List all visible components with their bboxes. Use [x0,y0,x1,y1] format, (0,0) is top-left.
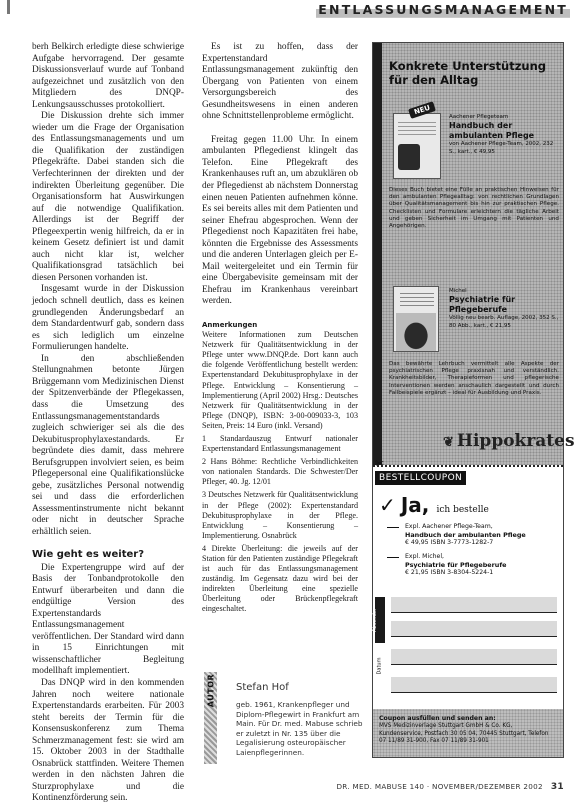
note-item: 4 Direkte Überleitung: die jeweils auf d… [202,544,358,615]
book-cover-image [393,113,441,179]
order-item-quantity-label: Expl. Aachener Pflege-Team, [391,523,561,531]
book-info: Michel Psychiatrie für Pflegeberufe Völl… [449,287,559,330]
sender-label-text: Absender [372,608,378,632]
ad-contact-heading: Coupon ausfüllen und senden an: [379,715,496,722]
checkmark-icon: ✓ [379,493,396,517]
order-item-quantity-label: Expl. Michel, [391,553,561,561]
book-description: Dieses Buch bietet eine Fülle an praktis… [389,187,559,230]
page-number: 31 [551,782,564,792]
paragraph: Die Expertengruppe wird auf der Basis de… [32,563,184,678]
article-column-2: Es ist zu hoffen, dass der Expertenstand… [202,42,358,618]
paragraph: In den abschließenden Stellungnahmen bet… [32,354,184,539]
book-info: Aachener Pflegeteam Handbuch der ambulan… [449,113,559,156]
order-item[interactable]: Expl. Aachener Pflege-Team, Handbuch der… [391,523,561,547]
notes-list: Weitere Informationen zum Deutschen Netz… [202,330,358,615]
order-item-price: € 21,95 ISBN 3-8304-5224-1 [391,569,561,577]
paragraph: Die Diskussion drehte sich immer wieder … [32,111,184,284]
cut-line [373,465,563,467]
note-item: 1 Standardauszug Entwurf nationaler Expe… [202,434,358,454]
signature-field[interactable] [391,677,557,693]
paragraph: Insgesamt wurde in der Diskussion jedoch… [32,284,184,353]
margin-rule [7,0,10,14]
book-details: von Aachener Pflege-Team, 2002, 232 S., … [449,141,559,156]
book-author: Aachener Pflegeteam [449,113,559,121]
author-bio: geb. 1961, Krankenpfleger und Diplom-Pfl… [236,700,364,758]
publisher-name: Hippokrates [457,431,575,451]
coupon-heading: ✓ Ja, ich bestelle [379,493,489,517]
author-name: Stefan Hof [236,682,289,693]
subheading: Wie geht es weiter? [32,549,184,561]
advertisement: Konkrete Unterstützung für den Alltag NE… [372,42,564,758]
ad-side-bar [373,43,382,465]
coupon-bestelle: ich bestelle [437,505,489,515]
book-cover-image [393,286,439,352]
name-field[interactable] [391,597,557,613]
order-item-title: Psychiatrie für Pflegeberufe [391,561,561,569]
publisher-logo: ❦Hippokrates [443,431,575,451]
book-title: Handbuch der ambulanten Pflege [449,121,559,141]
page-footer: DR. MED. MABUSE 140 · NOVEMBER/DEZEMBER … [336,782,564,792]
note-item: 3 Deutsches Netzwerk für Qualitätsentwic… [202,490,358,540]
article-column-1: berh Belkirch erledigte diese schwierige… [32,42,184,805]
order-item-price: € 49,95 ISBN 3-7773-1282-7 [391,539,561,547]
book-description: Das bewährte Lehrbuch vermittelt alle As… [389,361,559,397]
footer-publication: DR. MED. MABUSE 140 · NOVEMBER/DEZEMBER … [336,782,542,791]
coupon-ja: Ja, [401,493,430,517]
ad-headline: Konkrete Unterstützung für den Alltag [389,59,559,87]
author-tag-label: AUTOR [207,666,216,716]
paragraph: berh Belkirch erledigte diese schwierige… [32,42,184,111]
order-item-title: Handbuch der ambulanten Pflege [391,531,561,539]
paragraph: Freitag gegen 11.00 Uhr. In einem ambula… [202,135,358,308]
date-label: Datum [375,653,385,679]
note-item: 2 Hans Böhme: Rechtliche Verbindlichkeit… [202,457,358,487]
quantity-field[interactable] [387,557,399,558]
publisher-emblem-icon: ❦ [443,435,454,450]
ad-contact-address: MVS Medizinverlage Stuttgart GmbH & Co. … [379,723,548,744]
paragraph: Es ist zu hoffen, dass der Expertenstand… [202,42,358,123]
date-label-text: Datum [376,658,382,675]
scissors-icon: ✂ [375,457,384,470]
quantity-field[interactable] [387,527,399,528]
book-author: Michel [449,287,559,295]
note-item: Weitere Informationen zum Deutschen Netz… [202,330,358,431]
coupon-form: Absender Datum [373,589,563,707]
ad-promo-area: Konkrete Unterstützung für den Alltag NE… [373,43,563,465]
section-title: ENTLASSUNGSMANAGEMENT [316,2,570,18]
city-field[interactable] [391,649,557,665]
book-title: Psychiatrie für Pflegeberufe [449,295,559,315]
order-item[interactable]: Expl. Michel, Psychiatrie für Pflegeberu… [391,553,561,577]
notes-title: Anmerkungen [202,320,358,330]
street-field[interactable] [391,621,557,637]
paragraph: Das DNQP wird in den kommenden Jahren no… [32,678,184,805]
author-box: AUTOR Stefan Hof geb. 1961, Krankenpfleg… [204,672,364,768]
sender-label: Absender [375,597,385,643]
ad-contact: Coupon ausfüllen und senden an: MVS Medi… [373,709,563,757]
book-details: Völlig neu bearb. Auflage, 2002, 352 S.,… [449,315,559,330]
coupon-label: BESTELLCOUPON [375,471,466,485]
author-tag: AUTOR [204,672,217,764]
